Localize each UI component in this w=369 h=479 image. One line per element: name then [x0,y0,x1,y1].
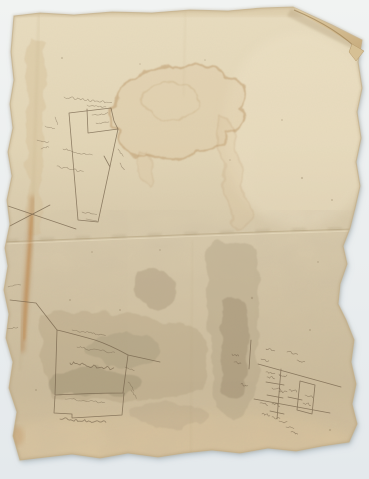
paper-grain-texture [0,0,369,479]
document-scan-svg [0,0,369,479]
scanned-document [0,0,369,479]
paper-surface [0,0,369,479]
